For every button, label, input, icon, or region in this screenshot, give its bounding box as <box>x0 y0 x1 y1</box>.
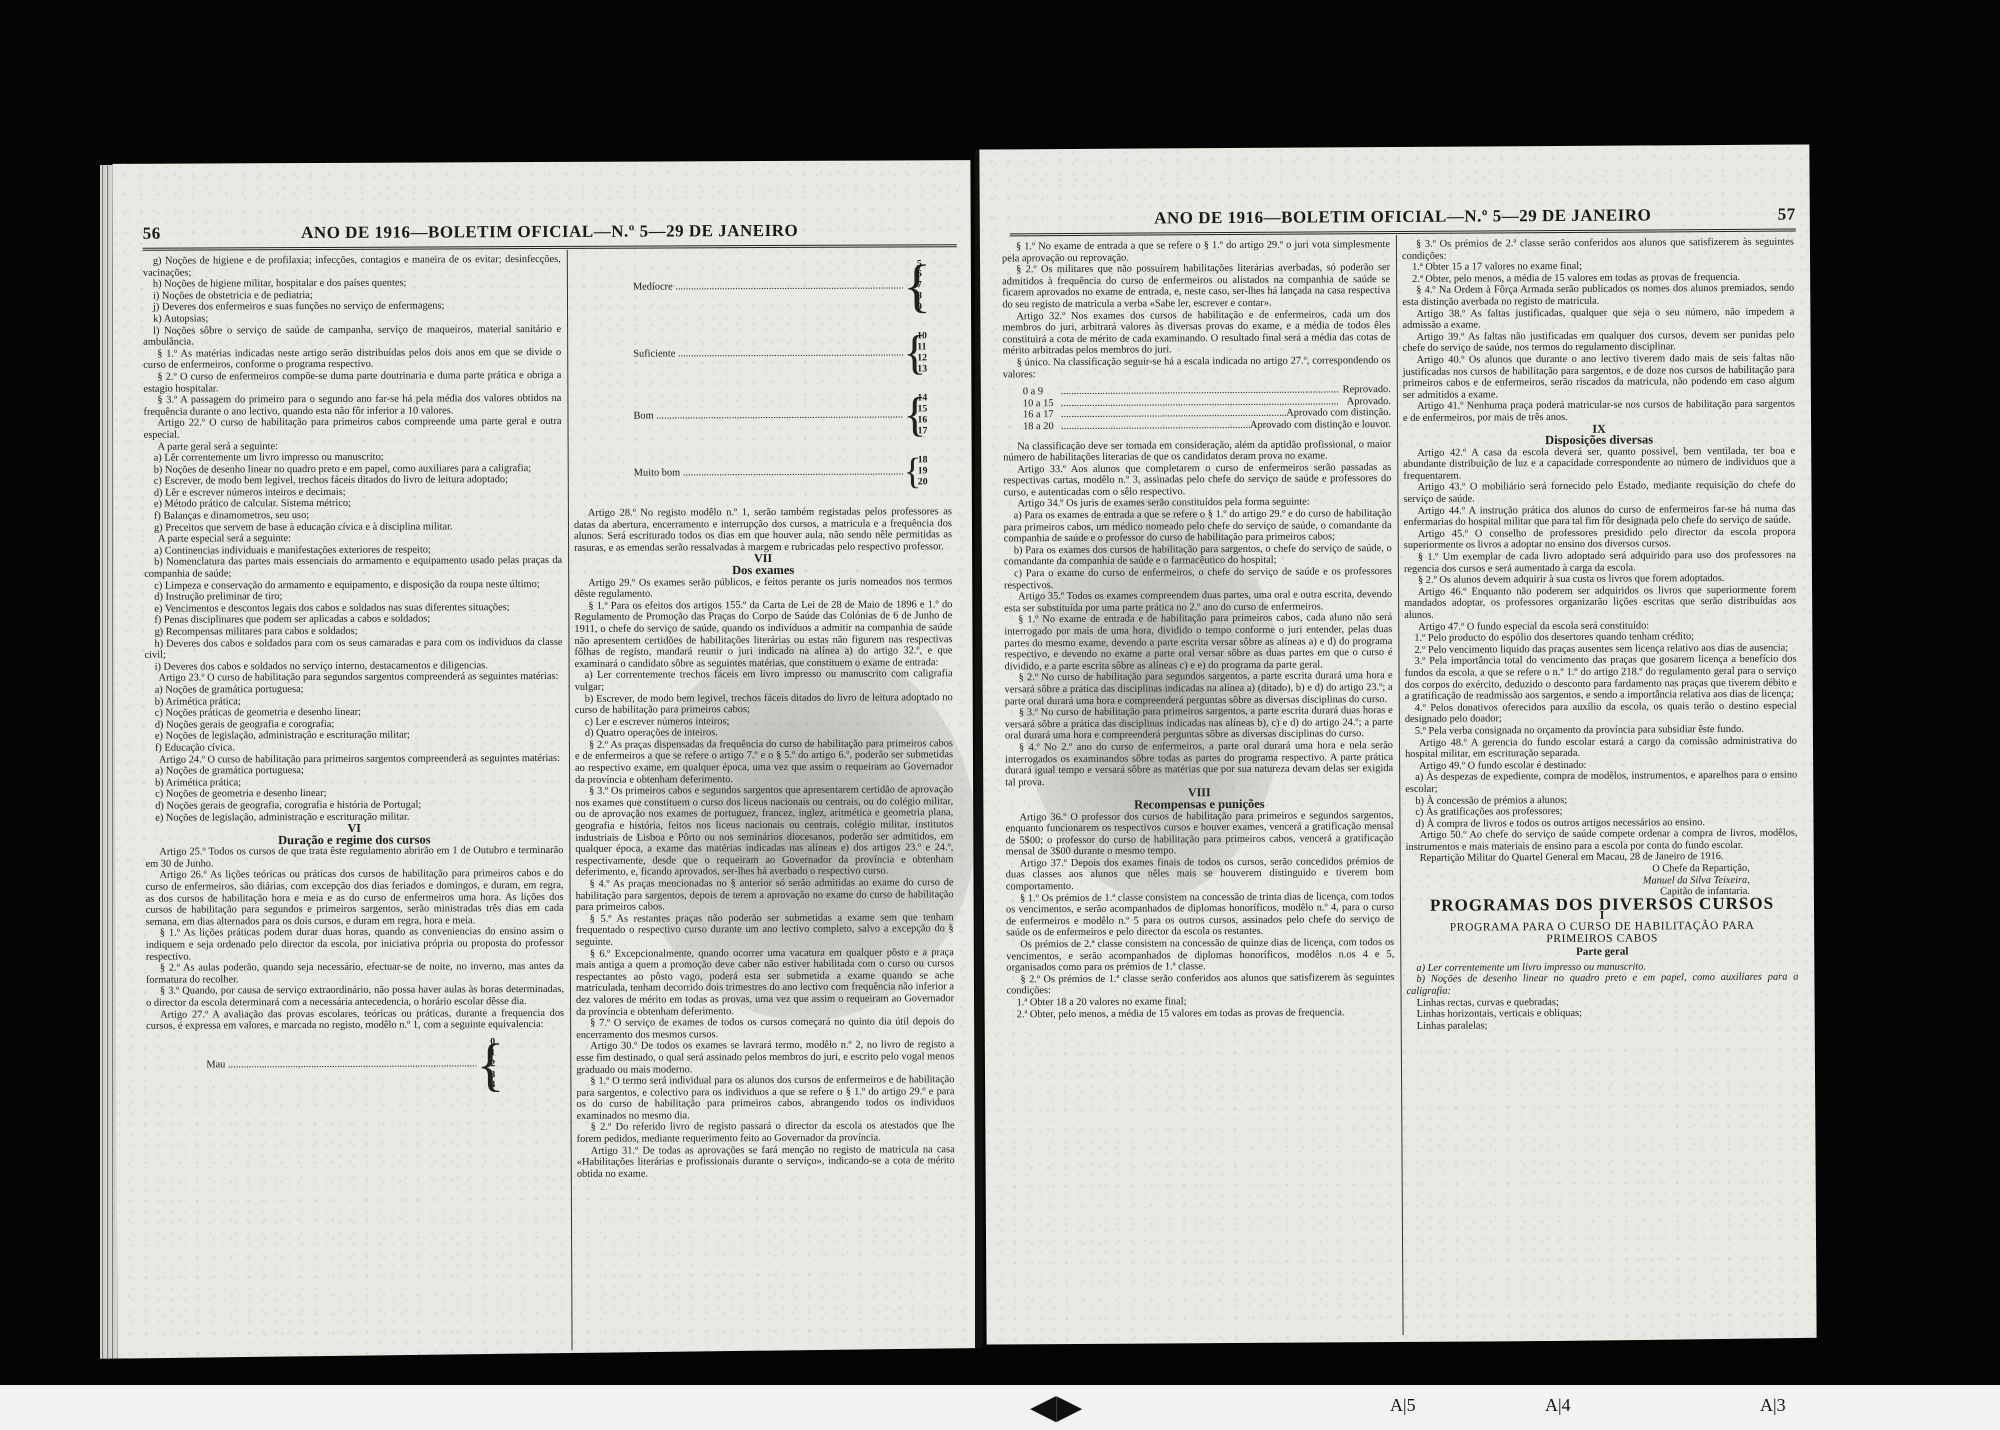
film-mark: A|5 <box>1390 1395 1416 1416</box>
paragraph: § 3.º No curso de habilitação para prime… <box>1005 705 1393 742</box>
paragraph: Artigo 35.º Todos os exames compreendem … <box>1004 589 1392 615</box>
paragraph: Artigo 39.º As faltas não justificadas e… <box>1402 329 1794 355</box>
paragraph: Artigo 48.º A gerencia do fundo escolar … <box>1405 735 1797 761</box>
paragraph: Artigo 45.º O conselho de professores pr… <box>1404 526 1796 552</box>
result: Reprovado. <box>1343 384 1391 396</box>
paragraph: Artigo 25.º Todos os cursos de que trata… <box>145 845 563 870</box>
result: Aprovado com distinção e louvor. <box>1250 419 1391 431</box>
paragraph: Artigo 28.º No registo modêlo n.º 1, ser… <box>574 506 952 554</box>
program-subtitle: PRIMEIROS CABOS <box>1406 932 1798 946</box>
left-column-a: g) Noções de higiene e de profilaxia; in… <box>143 254 565 1112</box>
text-block: Artigo 28.º No registo modêlo n.º 1, ser… <box>574 506 952 554</box>
classification-table: 0 a 9Reprovado.10 a 15Aprovado.16 a 17Ap… <box>1023 384 1391 433</box>
range: 16 a 17 <box>1023 409 1061 421</box>
right-page-header: ANO DE 1916—BOLETIM OFICIAL—N.º 5—29 DE … <box>1010 203 1796 237</box>
film-strip-marks: A|5 A|4 A|3 ◀▶ <box>0 1385 2000 1430</box>
film-mark: A|3 <box>1760 1395 1786 1416</box>
paragraph: § 5.º As restantes praças não poderão se… <box>576 912 954 948</box>
text-block: § 1.º No exame de entrada a que se refer… <box>1002 239 1391 380</box>
range: 0 a 9 <box>1023 386 1061 398</box>
left-page-header: 56 ANO DE 1916—BOLETIM OFICIAL—N.º 5—29 … <box>143 218 957 251</box>
brace-icon: { <box>903 258 917 313</box>
paragraph: Artigo 23.º O curso de habilitação para … <box>145 671 563 684</box>
paragraph: Artigo 22.º O curso de habilitação para … <box>143 416 561 441</box>
paragraph: Artigo 29.º Os exames serão públicos, e … <box>574 576 952 601</box>
paragraph: § 1.º O termo será individual para os al… <box>576 1074 954 1122</box>
paragraph: § 4.º As praças mencionadas no § anterio… <box>576 877 954 913</box>
text-block: § 3.º Os prémios de 2.ª classe serão con… <box>1402 237 1795 425</box>
paragraph: Artigo 40.º Os alunos que durante o ano … <box>1403 353 1795 402</box>
paragraph: Artigo 38.º As faltas justificadas, qual… <box>1402 306 1794 332</box>
paragraph: Artigo 50.º Ao chefe do serviço de saúde… <box>1406 828 1798 854</box>
brace-icon: { <box>476 1037 490 1092</box>
paragraph: § 2.º No curso de habilitação para segun… <box>1005 670 1393 707</box>
text-block: g) Noções de higiene e de profilaxia; in… <box>143 254 563 824</box>
grade-table-mau: Mau{01234 <box>146 1037 564 1094</box>
paragraph: 2.ª Obter, pelo menos, a média de 15 val… <box>1007 1007 1395 1021</box>
grade-row: Bom{14151617 <box>573 393 951 439</box>
grade-row: Muito bom{181920 <box>574 455 952 490</box>
paragraph: Artigo 46.º Enquanto não poderem ser adq… <box>1404 584 1796 621</box>
grade-label: Bom <box>573 410 903 423</box>
left-page: 56 ANO DE 1916—BOLETIM OFICIAL—N.º 5—29 … <box>112 160 975 1362</box>
paragraph: § 1.º Um exemplar de cada livro adoptado… <box>1404 550 1796 576</box>
paragraph: § 2.º Os militares que não possuírem hab… <box>1002 262 1390 311</box>
paragraph: Artigo 27.º A avaliação das provas escol… <box>146 1008 564 1033</box>
result: Aprovado. <box>1347 396 1391 408</box>
paragraph: § 7.º O serviço de exames de todos os cu… <box>576 1016 954 1041</box>
paragraph: § 2.º As praças dispensadas da frequênci… <box>575 738 953 786</box>
paragraph: h) Deveres dos cabos e soldados para com… <box>144 637 562 662</box>
paragraph: a) Para os exames de entrada a que se re… <box>1004 508 1392 545</box>
text-block: Artigo 25.º Todos os cursos de que trata… <box>145 845 564 1032</box>
paragraph: Artigo 36.º O professor dos cursos de ha… <box>1005 810 1393 859</box>
grade-values: 10111213 <box>917 332 927 375</box>
paragraph: § 1.º As lições práticas podem durar dua… <box>146 926 564 963</box>
paragraph: § 6.º Excepcionalmente, quando ocorrer u… <box>576 947 954 1018</box>
leader-dots <box>1061 420 1250 433</box>
paragraph: b) Noções de desenho linear no quadro pr… <box>1406 972 1798 998</box>
paragraph: Na classificação deve ser tomada em cons… <box>1003 439 1391 465</box>
page-number: 57 <box>1778 205 1796 225</box>
paragraph: b) Para os exames dos cursos de habilita… <box>1004 543 1392 569</box>
paragraph: b) Nomenclatura das partes mais essencia… <box>144 555 562 580</box>
paragraph: e) Vencimentos e descontos legais dos ca… <box>144 602 562 615</box>
text-block: Artigo 29.º Os exames serão públicos, e … <box>574 576 955 1181</box>
paragraph: 3.º Pela importância total do vencimento… <box>1404 654 1796 703</box>
grade-label: Mau <box>146 1059 476 1072</box>
grade-label: Suficiente <box>573 348 903 361</box>
paragraph: § 4.º Na Ordem à Fôrça Armada serão publ… <box>1402 283 1794 309</box>
paragraph: Artigo 24.º O curso de habilitação para … <box>145 752 563 765</box>
paragraph: § 4.º No 2.º ano do curso de enfermeiros… <box>1005 740 1393 789</box>
film-arrow-icon: ◀▶ <box>1030 1387 1082 1427</box>
paragraph: a) Ler correntemente trechos fáceis em l… <box>575 669 953 694</box>
paragraph: Linhas paralelas; <box>1407 1018 1799 1032</box>
paragraph: § 2.º Os prémios de 1.ª classe serão con… <box>1006 972 1394 998</box>
paragraph: § 3.º Os primeiros cabos e segundos sarg… <box>575 784 953 878</box>
result: Aprovado com distinção. <box>1286 407 1391 419</box>
paragraph: § 2.º As aulas poderão, quando seja nece… <box>146 961 564 986</box>
film-mark: A|4 <box>1545 1395 1571 1416</box>
paragraph: § 3.º Os prémios de 2.ª classe serão con… <box>1402 237 1794 263</box>
paragraph: § 1.º No exame de entrada a que se refer… <box>1002 239 1390 265</box>
paragraph: g) Noções de higiene e de profilaxia; in… <box>143 254 561 279</box>
brace-icon: { <box>903 331 917 375</box>
paragraph: c) Escrever, de modo bem legivel, trecho… <box>144 474 562 487</box>
paragraph: Artigo 26.º As lições teóricas ou prátic… <box>145 868 563 928</box>
header-title: ANO DE 1916—BOLETIM OFICIAL—N.º 5—29 DE … <box>143 220 957 244</box>
paragraph: Artigo 44.º A instrução prática dos alun… <box>1404 503 1796 529</box>
paragraph: 4.º Pelos donativos oferecidos para auxí… <box>1405 700 1797 726</box>
paragraph: Artigo 31.º De todas as aprovações se fa… <box>577 1144 955 1180</box>
paragraph: Artigo 41.º Nenhuma praça poderá matricu… <box>1403 399 1795 425</box>
right-page: ANO DE 1916—BOLETIM OFICIAL—N.º 5—29 DE … <box>979 144 1816 1344</box>
grade-values: 181920 <box>918 456 928 488</box>
paragraph: Artigo 37.º Depois dos exames finais de … <box>1006 856 1394 893</box>
column-divider <box>567 250 573 1350</box>
range: 10 a 15 <box>1023 398 1061 410</box>
program-part: Parte geral <box>1406 946 1798 960</box>
paragraph: § 1.º No exame de entrada e de habilitaç… <box>1004 612 1392 672</box>
paragraph: Artigo 32.º Nos exames dos cursos de hab… <box>1002 309 1390 358</box>
right-column-b: § 3.º Os prémios de 2.ª classe serão con… <box>1402 237 1799 1033</box>
paragraph: b) Escrever, de modo bem legivel, trecho… <box>575 692 953 717</box>
grade-values: 14151617 <box>917 394 927 437</box>
brace-icon: { <box>903 393 917 437</box>
text-block: Artigo 36.º O professor dos cursos de ha… <box>1005 810 1394 1021</box>
paragraph: Artigo 42.º A casa da escola deverá ser,… <box>1403 445 1795 482</box>
grade-values: 56789 <box>917 259 922 313</box>
paragraph: § 3.º A passagem do primeiro para o segu… <box>143 393 561 418</box>
paragraph: § único. Na classificação seguir-se há a… <box>1003 355 1391 381</box>
text-block: Artigo 42.º A casa da escola deverá ser,… <box>1403 445 1798 865</box>
grade-row: Mau{01234 <box>146 1037 564 1094</box>
paragraph: Artigo 33.º Aos alunos que completarem o… <box>1003 462 1391 499</box>
header-title: ANO DE 1916—BOLETIM OFICIAL—N.º 5—29 DE … <box>1010 205 1796 230</box>
grade-row: Medíocre{56789 <box>573 258 951 315</box>
text-block: a) Ler correntemente um livro impresso o… <box>1406 960 1798 1032</box>
paragraph: Os prémios de 2.ª classe consistem na co… <box>1006 937 1394 974</box>
paragraph: Artigo 30.º De todos os exames se lavrar… <box>576 1040 954 1076</box>
grade-values: 01234 <box>490 1037 495 1091</box>
left-column-b: Medíocre{56789Suficiente{10111213Bom{141… <box>573 252 955 1180</box>
grade-scale-table: Medíocre{56789Suficiente{10111213Bom{141… <box>573 258 952 490</box>
paragraph: § 1.º Para os efeitos dos artigos 155.º … <box>574 599 952 670</box>
brace-icon: { <box>904 455 918 488</box>
right-column-a: § 1.º No exame de entrada a que se refer… <box>1002 239 1395 1021</box>
paragraph: l) Noções sôbre o serviço de saúde de ca… <box>143 323 561 348</box>
grade-label: Muito bom <box>574 466 904 479</box>
grade-row: Suficiente{10111213 <box>573 331 951 377</box>
paragraph: § 1.º Os prémios de 1.ª classe consistem… <box>1006 891 1394 940</box>
paragraph: § 2.º O curso de enfermeiros compõe-se d… <box>143 370 561 395</box>
paragraph: a) Às despezas de expediente, compra de … <box>1405 770 1797 796</box>
text-block: Na classificação deve ser tomada em cons… <box>1003 439 1393 789</box>
paragraph: c) Para o exame do curso de enfermeiros,… <box>1004 566 1392 592</box>
range: 18 a 20 <box>1023 421 1061 433</box>
paragraph: Artigo 43.º O mobiliário será fornecido … <box>1403 480 1795 506</box>
paragraph: § 2.º Do referido livro de registo passa… <box>577 1121 955 1146</box>
grade-label: Medíocre <box>573 280 903 293</box>
classification-row: 18 a 20Aprovado com distinção e louvor. <box>1023 419 1391 433</box>
paragraph: § 1.º As matérias indicadas neste artigo… <box>143 347 561 372</box>
paragraph: § 3.º Quando, por causa de serviço extra… <box>146 984 564 1009</box>
paragraph: c) Limpeza e conservação do armamento e … <box>144 579 562 592</box>
